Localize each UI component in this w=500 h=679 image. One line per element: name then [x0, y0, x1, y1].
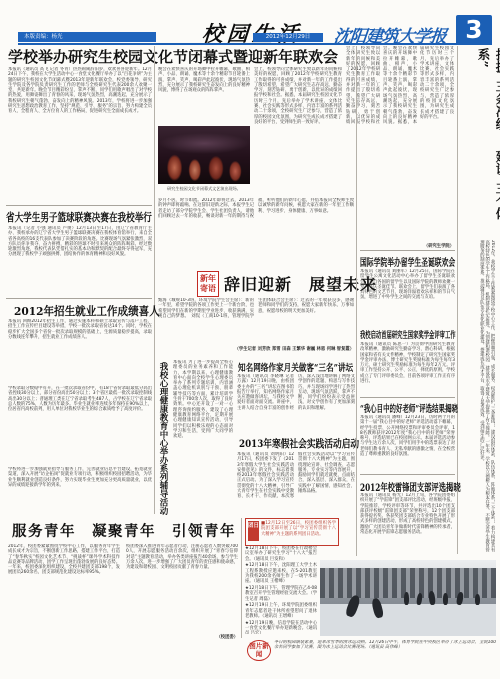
rule-above-enrollment	[6, 298, 152, 299]
leifeng-headline: 2012年校雷锋团支部评选揭晓	[360, 479, 461, 494]
writer-body: 本报讯（通讯员 李晓琳 记者 万露）12月19日晚，由校团委主办的“三名”讲坛在…	[237, 374, 355, 426]
youth-body-2: 校团委深入推进青年志愿者行动，注册志愿者人数突破7000人，开展志愿服务活动百余…	[126, 544, 238, 632]
vertical-article-headline: 把握“三条准线” 建设“三个体系”	[474, 48, 500, 236]
column-rule-left	[154, 46, 155, 514]
skater-figure	[404, 592, 409, 605]
writer-headline: 知名网络作家月关做客“三名”讲坛	[238, 360, 353, 374]
enrollment-headline: 2012年招生就业工作成绩喜人	[14, 303, 160, 319]
youth-credit: （校团委）	[126, 634, 238, 640]
campus-briefs-list: ★12月18日下午，校团委在行政楼会议室举办了研究生学习“十八大”报告会。（通讯…	[245, 546, 317, 634]
youth-body-1: 2012年，校团委紧紧围绕学校中心工作，以服务青年学生成长成才为宗旨，不断创新工…	[8, 544, 120, 642]
scholarship-headline: 我校启动首届研究生国家奖学金评审工作	[360, 328, 456, 341]
column-rule-right	[356, 46, 357, 556]
leifeng-body: 本报讯（通讯员 杨光）12月上旬，各学院团委组织开展了“学雷锋”团支部评比活动，…	[360, 493, 455, 556]
psych-body: 本报讯 为了进一步提高全校心理委员的业务素养和工作能力，本学期以来，心理健康教育…	[173, 360, 233, 510]
lead-headline: 学校举办研究生校园文化节闭幕式暨迎新年联欢会	[8, 46, 344, 67]
skater-figure	[443, 593, 448, 605]
brief-item: ★12月18日下午，沈阳理工大学土木工程系教授应邀来校，在5-201教室为我校2…	[245, 563, 317, 584]
skater-figure	[456, 591, 464, 605]
lead-body-col2: 晚会在欢快喜庆的开场舞中拉开帷幕，歌曲、相声、小品、朗诵、魔术等十余个精彩节目轮…	[158, 67, 250, 124]
enrollment-body-2: 学校录取分数稳中有升，在一批次录取省份中，有18个省份录取最低分高出省控线30分…	[8, 386, 152, 464]
brief-item: ★12月19日晚，信息学院在活动中心一食堂文化餐厅举办迎新晚会。（通讯员 吕宏）	[245, 621, 317, 634]
basketball-body: 本报讯（记者 小强 通讯员 卢俊）12月13日至17日，由辽宁省教育厅主办、我校…	[8, 226, 152, 296]
christmas-body: 本报讯（通讯员 刘丽军）12月25日，国际学院在留学生公寓文化活动中心举办了留学…	[360, 269, 455, 323]
redbox-icon: 团日	[248, 521, 259, 541]
lead-body-col3: 会上，校领导向全体研究生致以新年的问候和美好的祝愿，回顾了2012年学校研究生教…	[254, 67, 342, 193]
newyear-headline: 辞旧迎新 展望未来	[224, 272, 377, 295]
brief-item: ★12月18日下午，管理学院在乙4-08教室召开学生管理经验交流大会。（学生记者…	[245, 586, 317, 602]
vertical-article-body: 2012年，我校学生工作紧紧围绕学校中心工作，把握思想引领、成长服务、权益维护“…	[461, 240, 495, 552]
enrollment-body-3: 学校将进一步加强就业指导与服务工作，完善就业信息平台建设，拓宽就业渠道，深入开展…	[8, 467, 152, 514]
skater-figure	[345, 594, 362, 618]
lead-body-col1: 本报讯（通讯员 高飞 记者 冬青）热热闹闹辞旧岁，欢欢喜喜迎新年。12月24日下…	[8, 67, 152, 203]
practice-body: 本报讯（通讯员 刘明阳）12月17日，校团委下发了《2013年寒假大学生社会实践…	[237, 452, 355, 514]
brief-item: ★12月19日上午，环境学院团委组织青年志愿者赴干休所看望慰问了退休老教师。（通…	[245, 603, 317, 619]
photo-news-caption: 冬日的校园银装素裹，迎来冰雪季的滑冰运动热。12月26日中午，体育学院在中央校区…	[274, 640, 496, 658]
skater-figure	[371, 597, 385, 619]
lead-credit: （研究生学院）	[346, 243, 454, 249]
vertical-strip-rule	[457, 46, 458, 554]
brief-item: ★12月18日下午，校团委在行政楼会议室举办了研究生学习“十八大”报告会。（通讯…	[245, 546, 317, 562]
skater-figure	[416, 593, 423, 606]
basketball-headline: 省大学生男子篮球联赛决赛在我校举行	[6, 209, 152, 225]
briefs-rule	[241, 518, 242, 638]
christmas-headline: 国际学院举办留学生圣诞联欢会	[360, 254, 455, 269]
newyear-intro: 岁月不居，时节如流。2012年即将过去，2013年的钟声即将敲响。在这辞旧迎新之…	[158, 198, 354, 268]
rule-above-basketball	[6, 205, 152, 206]
psych-vertical-headline: 我校心理健康教育中心举办系列辅导活动	[157, 362, 169, 518]
newspaper-page: 本版责编：杨光 校园生活 2012年12月29日 沈阳建筑大学报 3 学校举办研…	[0, 0, 500, 679]
page-number: 3	[456, 15, 492, 45]
rule-above-christmas	[360, 250, 455, 251]
newyear-credit: （学生记者 刘芳欣 郑雪 田森 王繁华 谢巍 林恩 何琳 智复霞）	[158, 346, 354, 352]
teacher-headline: “我心目中的好老师”评选结果揭晓	[360, 401, 458, 415]
editor-bar: 本版责编：杨光	[18, 32, 156, 42]
photo-news-badge: 图片新闻	[247, 640, 271, 661]
newyear-entries: 甄海（城规10-3班，环境学院学生会主席）：新的一年里，希望学院的各项工作更上一…	[158, 298, 354, 344]
issue-date: 2012年12月29日	[253, 33, 323, 42]
lead-body-continuation: 会上，校领导向全体研究生致以新年的问候和美好的祝愿，回顾了2012年学校研究生教…	[346, 46, 454, 242]
scholarship-body: 本报讯（通讯员 陈思一）为贯彻中国研究生教育改革精神，激励研究生勤奋学习、潜心科…	[360, 342, 455, 394]
ice-rink-photo	[320, 560, 496, 636]
header-rule	[18, 43, 492, 45]
redbox-text: ■12月12日至26日，校团委组织各学院团支部开展了以“学习宣传贯彻十八大精神”…	[261, 521, 336, 543]
newyear-stamp: 新年寄语	[197, 271, 219, 297]
enrollment-body-1: 本报讯 回顾2012年招生工作，通过实施本科和硕士录取宣传与落户工程、招生工作宣…	[8, 319, 152, 383]
lead-photo	[158, 126, 250, 184]
youth-headline: 服务青年 凝聚青年 引领青年	[12, 520, 236, 541]
teacher-body: 本报讯（通讯员 潘峰）12月23日，历时两个月的第十一届“我心目中的好老师”评选…	[360, 415, 455, 471]
lead-photo-caption: 研究生校园文化节闭幕式文艺演出现场。	[158, 186, 250, 195]
briefs-redbox: 团日 ■12月12日至26日，校团委组织各学院团支部开展了以“学习宣传贯彻十八大…	[245, 518, 339, 546]
rule-above-teacher	[360, 397, 455, 398]
skater-figure	[475, 594, 480, 605]
rule-above-leifeng	[360, 474, 455, 475]
skater-figure	[428, 591, 435, 606]
practice-headline: 2013年寒假社会实践活动启动	[239, 436, 359, 451]
